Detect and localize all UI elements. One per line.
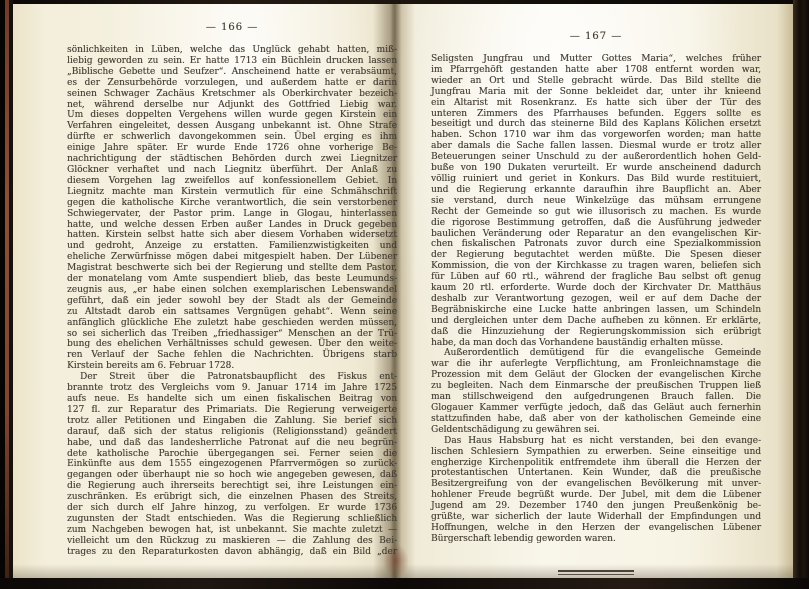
text-line: völlig ruiniert und geriet in Konkurs. D…: [431, 174, 761, 185]
text-line: und gedroht, Anzeige zu erstatten. Famil…: [67, 241, 397, 252]
text-line: lischen Schlesiern Sympathien zu erwerbe…: [431, 447, 761, 458]
text-line: und die Regierung erkannte daraufhin ihr…: [431, 185, 761, 196]
text-line: Geldentschädigung zu gewähren sei.: [431, 425, 761, 436]
text-line: wieder an Ort und Stelle gebracht würde.…: [431, 76, 761, 87]
text-line: Verfahren eingeleitet, dessen Ausgang un…: [67, 121, 397, 132]
text-line: diesem Vorgehen lag zweifellos auf konfe…: [67, 176, 397, 187]
text-line: Magistrat beschwerte sich bei der Regier…: [67, 263, 397, 274]
text-line: aufs neue. Es handelte sich um einen fis…: [67, 394, 397, 405]
text-line: Besitzergreifung von der evangelischen B…: [431, 479, 761, 490]
text-line: ein Altarist mit Rosenkranz. Es hatte si…: [431, 98, 761, 109]
text-line: darauf, daß sich der status religionis (…: [67, 427, 397, 438]
text-line: so sei sicherlich das Treiben „friedhass…: [67, 329, 397, 340]
text-line: es der Zensurbehörde vorzulegen, und auß…: [67, 78, 397, 89]
text-line: anfänglich glückliche Ehe zuletzt habe g…: [67, 318, 397, 329]
text-line: Das Haus Habsburg hat es nicht verstande…: [431, 436, 761, 447]
text-line: trages zu den Reparaturkosten davon abhä…: [67, 547, 397, 558]
book-cover-inner-edge: [9, 0, 13, 589]
book-scan-photo: — 166 — — 167 — sönlichkeiten in Lüben, …: [0, 0, 809, 589]
text-line: Kommission, die von der Kirchkasse zu tr…: [431, 261, 761, 272]
text-line: Beteuerungen seiner Unschuld zu der auße…: [431, 152, 761, 163]
text-line: daß die Hinzuziehung der Regierungskommi…: [431, 327, 761, 338]
text-line: Begräbniskirche eine Lucke hatte anbring…: [431, 305, 761, 316]
text-line: zuschränken. Es erübrigt sich, die einze…: [67, 492, 397, 503]
text-line: „Biblische Gebette und Seufzer“. Anschei…: [67, 67, 397, 78]
text-line: hatte, und welche dessen Erben außer Lan…: [67, 220, 397, 231]
text-line: der sich durch elf Jahre hinzog, zu verf…: [67, 503, 397, 514]
photo-edge-bottom: [0, 578, 809, 589]
text-line: zeugnis aus, „er habe einen solchen exem…: [67, 285, 397, 296]
page-number-left: — 166 —: [67, 22, 397, 33]
text-line: habe, da man doch das Vorhandene baustän…: [431, 338, 761, 349]
text-line: haben. Schon 1710 war ihm das vorgeworfe…: [431, 130, 761, 141]
text-line: einige Jahre später. Er wurde Ende 1726 …: [67, 143, 397, 154]
book-spread: — 166 — — 167 — sönlichkeiten in Lüben, …: [13, 4, 793, 578]
text-line: dürfte er schwerlich davongekommen sein.…: [67, 132, 397, 143]
text-line: der Regierung begutachtet werden müßte. …: [431, 250, 761, 261]
text-line: für Lüben auf 60 rtl., während der fragl…: [431, 272, 761, 283]
text-line: Liegnitz machte man Kirstein vermutlich …: [67, 187, 397, 198]
text-line: die rigorose Bestimmung getroffen, daß d…: [431, 218, 761, 229]
text-line: Außerordentlich demütigend für die evang…: [431, 348, 761, 359]
left-page-text: sönlichkeiten in Lüben, welche das Unglü…: [67, 45, 397, 558]
text-line: sie verstand, durch neue Winkelzüge das …: [431, 196, 761, 207]
text-line: chen fiskalischen Patronats zuvor durch …: [431, 239, 761, 250]
text-line: sönlichkeiten in Lüben, welche das Unglü…: [67, 45, 397, 56]
text-line: zu begleiten. Nach dem Einmarsche der pr…: [431, 381, 761, 392]
text-line: Glöckner verhaftet und nach Liegnitz übe…: [67, 165, 397, 176]
text-line: ren Verlauf der Sache fehlen die Nachric…: [67, 350, 397, 361]
text-line: Der Streit über die Patronatsbaupflicht …: [67, 372, 397, 383]
text-line: dete katholische Parochie übergegangen s…: [67, 449, 397, 460]
text-line: beseitigt und durch das steinerne Bild d…: [431, 119, 761, 130]
text-line: geführt, daß ein jeder sowohl bey der St…: [67, 296, 397, 307]
text-line: Kirstein bereits am 6. Februar 1728.: [67, 361, 397, 372]
text-line: Prozession mit dem Geläut der Glocken de…: [431, 370, 761, 381]
text-line: die Regierung auch ihrerseits berechtigt…: [67, 481, 397, 492]
text-line: habe, und daß das landesherrliche Patron…: [67, 438, 397, 449]
text-line: kaum 20 rtl. erforderte. Wurde doch der …: [431, 283, 761, 294]
text-line: der monatelang vom Amte suspendiert blie…: [67, 274, 397, 285]
text-line: 127 fl. zur Reparatur des Primariats. Di…: [67, 405, 397, 416]
text-line: baulichen Veränderung oder Reparatur an …: [431, 229, 761, 240]
photo-edge-top: [0, 0, 809, 4]
text-line: eheliche Zerwürfnisse mögen dabei mitges…: [67, 252, 397, 263]
text-line: trotz aller Petitionen und Eingaben die …: [67, 416, 397, 427]
text-line: Recht der Gemeinde so gut wie illusorisc…: [431, 207, 761, 218]
text-line: bung des ehelichen Verhältnisses schuld …: [67, 339, 397, 350]
text-line: brannte trotz des Vergleichs vom 9. Janu…: [67, 383, 397, 394]
photo-edge-right: [793, 0, 809, 589]
text-line: Jugend am 29. Dezember 1740 den jungen P…: [431, 501, 761, 512]
text-line: nachrichtigung der städtischen Behörden …: [67, 154, 397, 165]
text-line: man stillschweigend den aufgedrungenen B…: [431, 392, 761, 403]
text-line: seinen Schwager Zachäus Kretschmer als O…: [67, 89, 397, 100]
text-line: gegangen oder überhaupt nie so hoch wie …: [67, 470, 397, 481]
text-line: hohlener Freude begrüßt wurde. Der Jubel…: [431, 490, 761, 501]
text-line: Einkünfte aus dem 1555 eingezogenen Pfar…: [67, 459, 397, 470]
section-end-rule-icon: [558, 570, 634, 575]
text-line: zu Altstadt darob ein sattsames Vergnüge…: [67, 307, 397, 318]
text-line: net, während derselbe nur Adjunkt des Go…: [67, 100, 397, 111]
text-line: stattzufinden habe, daß aber von der kat…: [431, 414, 761, 425]
text-line: Glogauer Kammer verfügte jedoch, daß das…: [431, 403, 761, 414]
text-line: protestantischen Untertanen. Kein Wunder…: [431, 468, 761, 479]
text-line: Jungfrau Maria mit der Sonne bekleidet d…: [431, 87, 761, 98]
page-number-right: — 167 —: [431, 31, 761, 42]
text-line: Hoffnungen, welche in den Herzen der eva…: [431, 523, 761, 534]
text-line: zugunsten der Stadt entschieden. Was die…: [67, 514, 397, 525]
text-line: hatten. Kirstein selbst hatte sich aber …: [67, 230, 397, 241]
text-line: zum Nachgeben bewogen hat, ist unbekannt…: [67, 525, 397, 536]
text-line: gegen die katholische Kirche verantwortl…: [67, 198, 397, 209]
text-line: Seligsten Jungfrau und Mutter Gottes Mar…: [431, 54, 761, 65]
text-line: buße von 190 Dukaten verurteilt. Er wurd…: [431, 163, 761, 174]
text-line: grüßte, war sicherlich der laute Widerha…: [431, 512, 761, 523]
text-line: deshalb zur Verantwortung gezogen, weil …: [431, 294, 761, 305]
text-line: war die ihr auferlegte Verpflichtung, am…: [431, 359, 761, 370]
text-line: Um dieses doppelten Vergehens willen wur…: [67, 110, 397, 121]
text-line: im Pfarrgehöft gestanden hatte aber 1708…: [431, 65, 761, 76]
text-line: vielleicht um den Rückzug zu maskieren —…: [67, 536, 397, 547]
text-line: aber damals die Sache fallen lassen. Die…: [431, 141, 761, 152]
text-line: Bürgerschaft lebendig geworden waren.: [431, 534, 761, 545]
right-page-text: Seligsten Jungfrau und Mutter Gottes Mar…: [431, 54, 761, 545]
text-line: liebig geworden zu sein. Er hatte 1713 e…: [67, 56, 397, 67]
text-line: engherzige Kirchenpolitik entfremdete ih…: [431, 458, 761, 469]
text-line: Schwiegervater, der Pastor prim. Lange i…: [67, 209, 397, 220]
text-line: und dergleichen unter dem Dache aufheben…: [431, 316, 761, 327]
text-line: unteren Zimmers des Pfarrhauses befunden…: [431, 109, 761, 120]
